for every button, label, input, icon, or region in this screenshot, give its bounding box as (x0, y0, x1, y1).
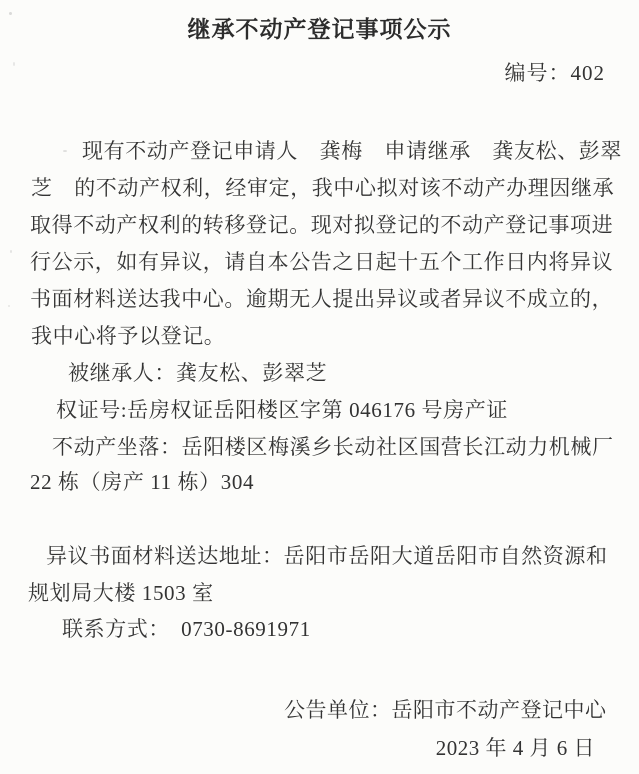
body-line: 我中心将予以登记。 (31, 323, 225, 349)
property-location-line: 不动产坐落：岳阳楼区梅溪乡长动社区国营长江动力机械厂 (52, 434, 614, 460)
objection-address-line: 异议书面材料送达地址：岳阳市岳阳大道岳阳市自然资源和 (46, 543, 608, 569)
scan-speck (13, 62, 15, 66)
body-line: 书面材料送达我中心。逾期无人提出异议或者异议不成立的， (30, 286, 613, 312)
body-line: 取得不动产权利的转移登记。现对拟登记的不动产登记事项进 (30, 212, 613, 238)
doc-number: 编号：402 (505, 60, 606, 86)
notice-document: 继承不动产登记事项公示 编号：402 现有不动产登记申请人 龚梅 申请继承 龚友… (0, 0, 639, 774)
decedent-line: 被继承人：龚友松、彭翠芝 (68, 360, 327, 386)
scan-speck (8, 305, 10, 307)
scan-speck (9, 12, 12, 15)
body-line: 现有不动产登记申请人 龚梅 申请继承 龚友松、彭翠 (82, 138, 622, 164)
body-line: 行公示，如有异议，请自本公告之日起十五个工作日内将异议 (30, 249, 613, 275)
body-line: 芝 的不动产权利，经审定，我中心拟对该不动产办理因继承 (31, 175, 614, 201)
scan-speck (10, 250, 12, 253)
date-line: 2023 年 4 月 6 日 (436, 732, 595, 762)
contact-phone-line: 联系方式： 0730-8691971 (62, 616, 311, 642)
objection-address-line: 规划局大楼 1503 室 (28, 580, 214, 606)
issuing-unit-line: 公告单位：岳阳市不动产登记中心 (284, 694, 607, 724)
scan-speck (63, 150, 67, 152)
certificate-number-line: 权证号:岳房权证岳阳楼区字第 046176 号房产证 (56, 397, 508, 423)
notice-title: 继承不动产登记事项公示 (0, 15, 639, 45)
property-location-line: 22 栋（房产 11 栋）304 (30, 469, 254, 495)
